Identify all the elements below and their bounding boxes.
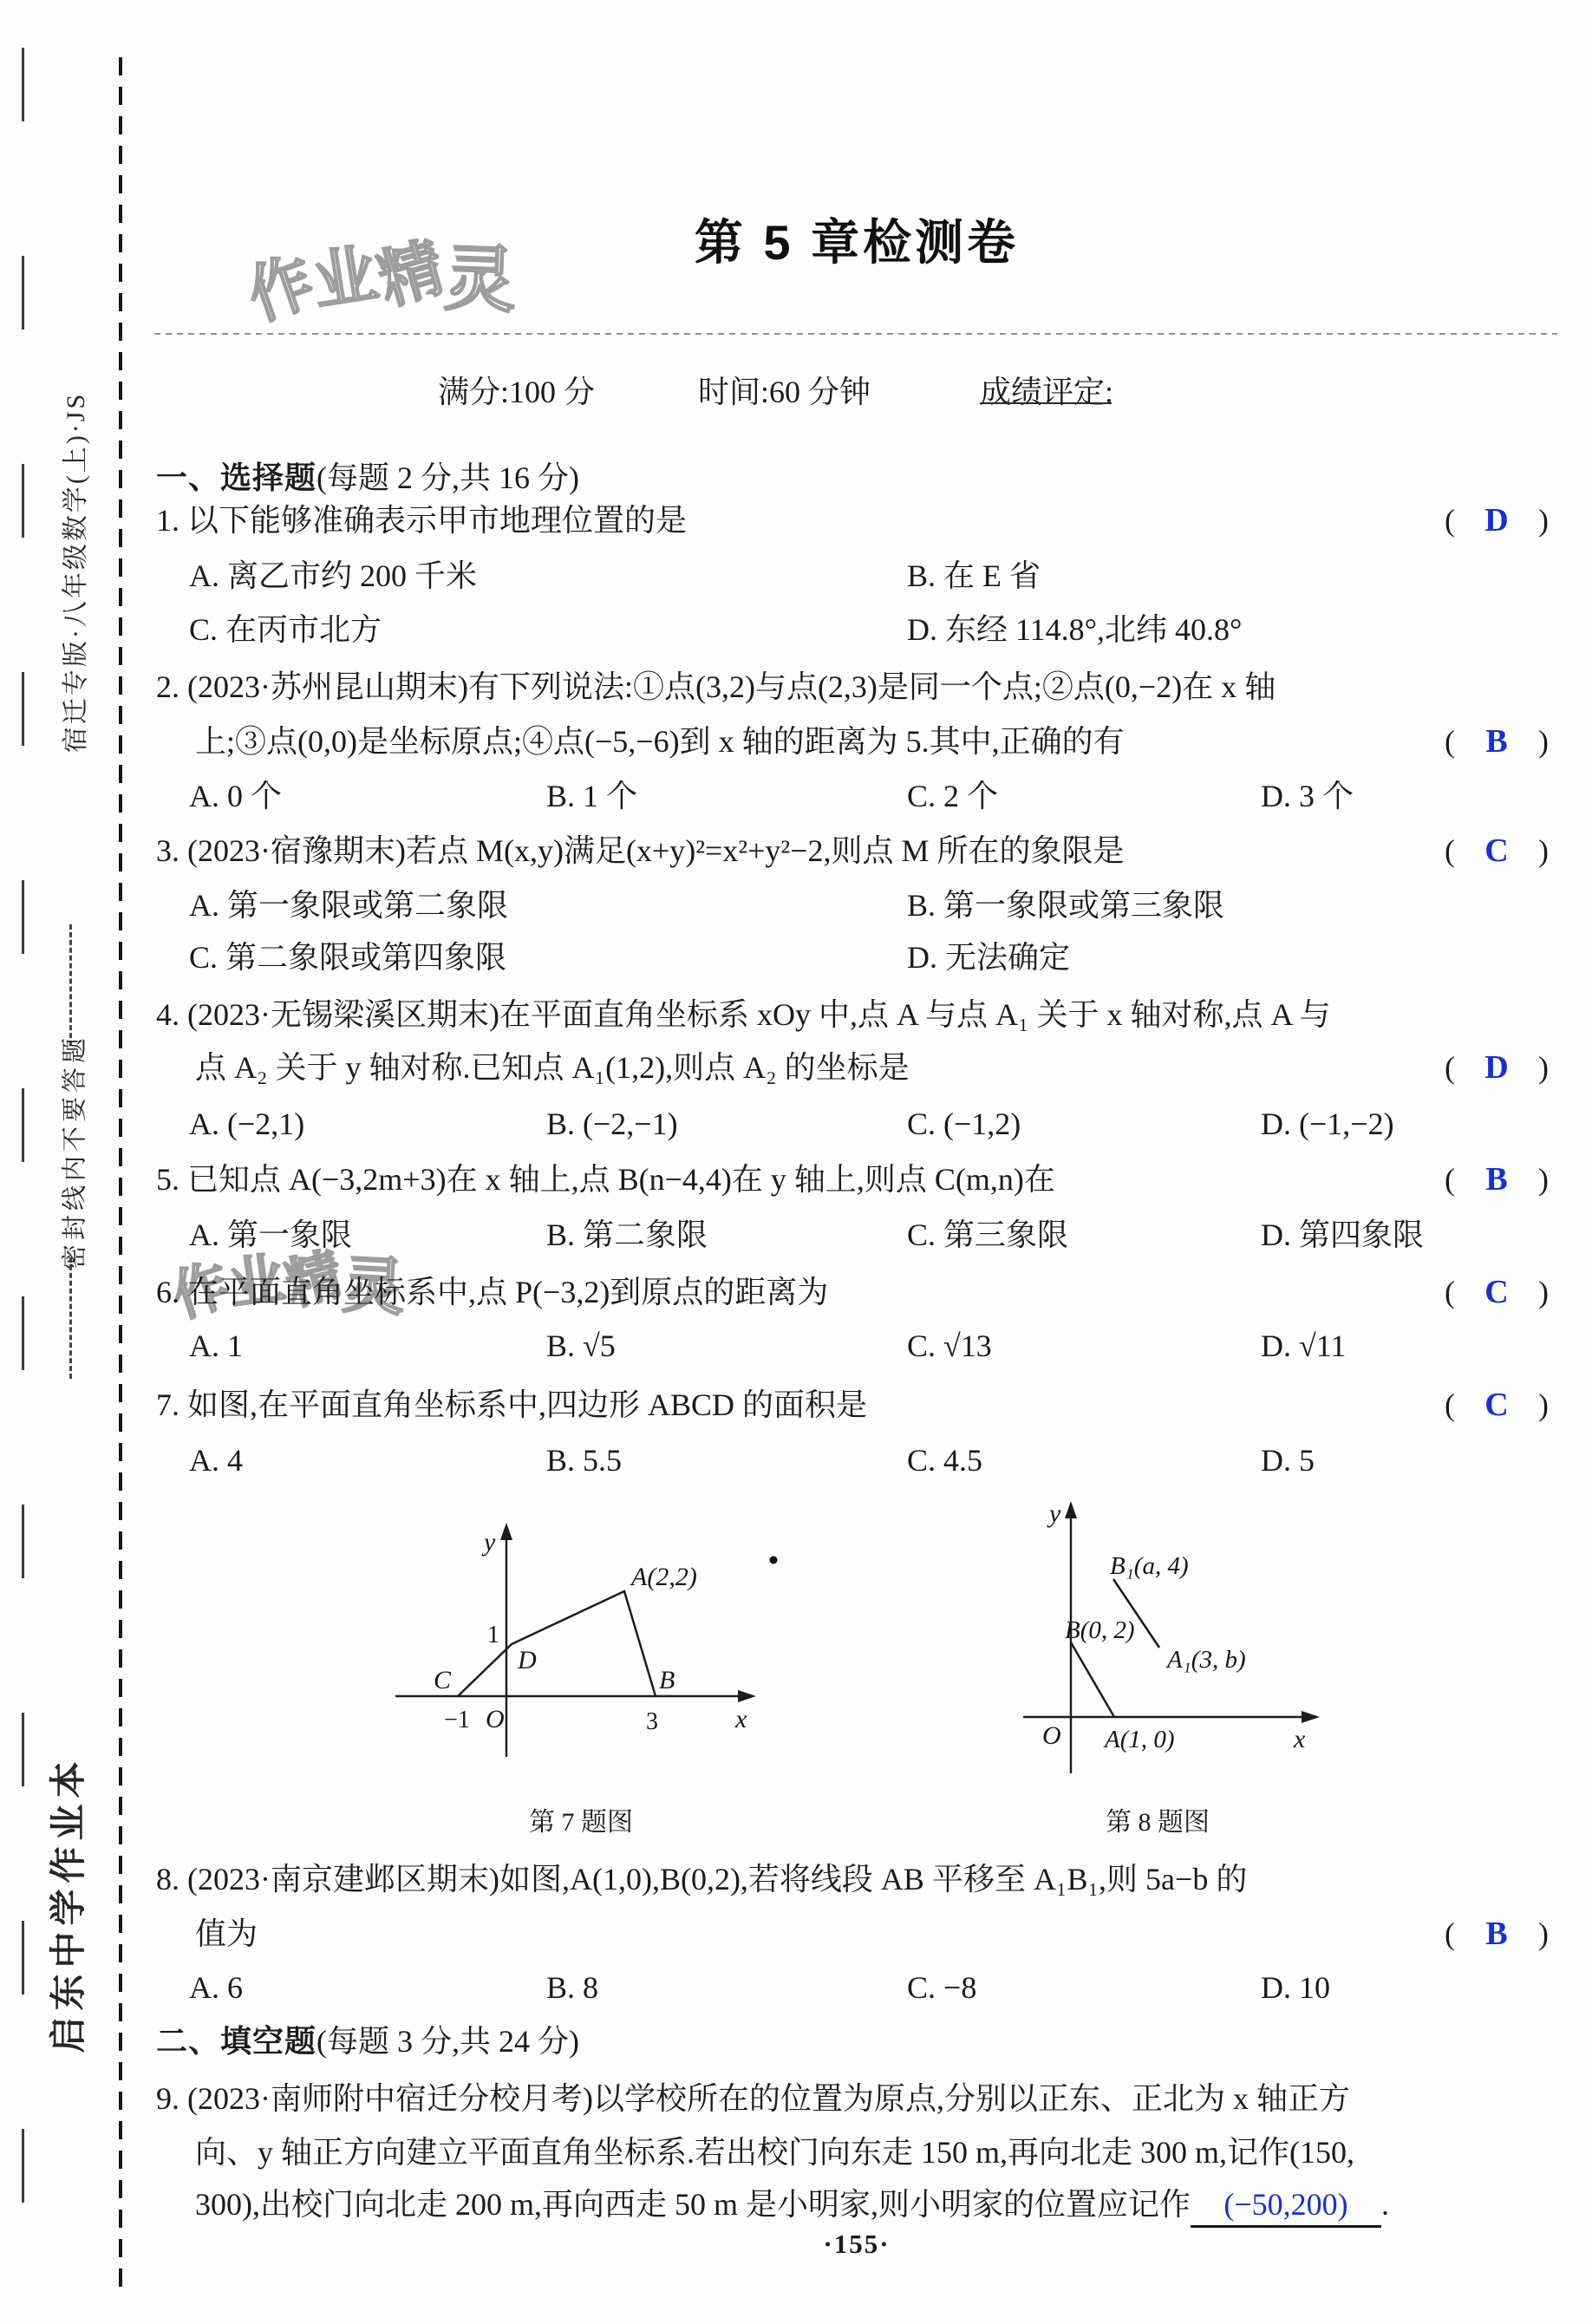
option-c: C. 在丙市北方 xyxy=(189,609,382,650)
option-a: A. 1 xyxy=(189,1325,243,1367)
option-a: A. 第一象限 xyxy=(189,1214,352,1256)
option-d: D. 东经 114.8°,北纬 40.8° xyxy=(907,609,1242,650)
option-d: D. (−1,−2) xyxy=(1261,1103,1394,1145)
paren-right: ) xyxy=(1538,1047,1549,1088)
paren-right: ) xyxy=(1538,1384,1549,1426)
question-4-line1: 4. (2023·无锡梁溪区期末)在平面直角坐标系 xOy 中,点 A 与点 A… xyxy=(156,994,1331,1035)
paren-left: ( xyxy=(1445,721,1455,762)
option-d: D. 3 个 xyxy=(1261,775,1354,817)
option-a: A. 4 xyxy=(189,1439,243,1481)
sentence-period: . xyxy=(1381,2187,1389,2222)
question-5-answer: (B) xyxy=(1445,1159,1549,1200)
seal-dash-bottom xyxy=(69,1257,72,1379)
point-a-label: A(1, 0) xyxy=(1103,1726,1175,1753)
option-a: A. 0 个 xyxy=(189,775,282,817)
question-9-line1: 9. (2023·南师附中宿迁分校月考)以学校所在的位置为原点,分别以正东、正北… xyxy=(156,2078,1350,2119)
seal-dash-top xyxy=(69,924,72,1046)
question-1-stem: 1. 以下能够准确表示甲市地理位置的是 xyxy=(156,499,687,541)
point-a-label: A(2,2) xyxy=(630,1563,697,1591)
question-6-answer: (C) xyxy=(1445,1271,1549,1313)
paren-right: ) xyxy=(1538,1271,1549,1313)
option-b: B. 第一象限或第三象限 xyxy=(907,885,1224,926)
paren-left: ( xyxy=(1445,830,1455,871)
y-axis-label: y xyxy=(1047,1499,1061,1528)
option-c: C. 4.5 xyxy=(907,1439,982,1481)
question-7-answer: (C) xyxy=(1445,1384,1549,1426)
option-c: C. √13 xyxy=(907,1325,992,1367)
question-4-answer: (D) xyxy=(1445,1047,1549,1088)
answer-letter: B xyxy=(1485,1159,1507,1200)
option-b: B. 第二象限 xyxy=(546,1214,708,1256)
paren-left: ( xyxy=(1445,1159,1455,1200)
question-3-line1: 3. (2023·宿豫期末)若点 M(x,y)满足(x+y)²=x²+y²−2,… xyxy=(156,830,1125,871)
y-axis-label: y xyxy=(481,1528,496,1557)
question-8-line1: 8. (2023·南京建邺区期末)如图,A(1,0),B(0,2),若将线段 A… xyxy=(156,1858,1247,1900)
paren-right: ) xyxy=(1538,1913,1549,1955)
question-2-line2: 上;③点(0,0)是坐标原点;④点(−5,−6)到 x 轴的距离为 5.其中,正… xyxy=(195,721,1125,762)
sidebar-edition-label: 宿迁专版·八年级数学(上)·JS xyxy=(54,392,92,753)
figure-question-8: y x O B₁(a, 4) B(0, 2) A₁(3, b) A(1, 0) xyxy=(980,1487,1335,1786)
option-d: D. 第四象限 xyxy=(1261,1214,1424,1256)
section1-title: 一、选择题 xyxy=(156,460,316,495)
question-9-line3: 300),出校门向北走 200 m,再向西走 50 m 是小明家,则小明家的位置… xyxy=(195,2184,1389,2228)
x-axis-label: x xyxy=(734,1705,747,1733)
option-c: C. (−1,2) xyxy=(907,1103,1021,1145)
full-score-label: 满分:100 分 xyxy=(438,371,595,413)
section2-note: (每题 3 分,共 24 分) xyxy=(316,2024,579,2059)
point-b-label: B(0, 2) xyxy=(1065,1616,1135,1644)
question-5-line1: 5. 已知点 A(−3,2m+3)在 x 轴上,点 B(n−4,4)在 y 轴上… xyxy=(156,1159,1055,1200)
option-d: D. 5 xyxy=(1261,1439,1315,1481)
y-axis-arrow xyxy=(500,1523,512,1540)
question-2-answer: (B) xyxy=(1445,721,1549,762)
sidebar-workbook-title: 启东中学作业本 xyxy=(40,1755,92,2053)
option-c: C. −8 xyxy=(907,1967,976,2008)
x-axis-label: x xyxy=(1293,1725,1306,1753)
sidebar-seal-line-text: 密封线内不要答题 xyxy=(55,1034,91,1270)
tick-3: 3 xyxy=(646,1708,658,1735)
option-b: B. (−2,−1) xyxy=(546,1103,678,1145)
question-9-line2: 向、y 轴正方向建立平面直角坐标系.若出校门向东走 150 m,再向北走 300… xyxy=(195,2131,1354,2173)
point-b-label: B xyxy=(659,1666,675,1694)
option-b: B. 1 个 xyxy=(546,775,637,817)
option-a: A. 第一象限或第二象限 xyxy=(189,885,508,926)
question-8-line2: 值为 xyxy=(195,1913,258,1955)
question-1-answer: (D) xyxy=(1445,499,1549,541)
figure-7-caption: 第 7 题图 xyxy=(373,1800,789,1838)
point-a1-label: A₁(3, b) xyxy=(1165,1646,1246,1674)
option-b: B. 8 xyxy=(546,1967,598,2008)
origin-label: O xyxy=(486,1705,505,1733)
section1-note: (每题 2 分,共 16 分) xyxy=(316,460,579,495)
grade-blank-line xyxy=(980,371,1112,404)
option-a: A. 离乙市约 200 千米 xyxy=(189,555,477,597)
paren-right: ) xyxy=(1538,721,1549,762)
option-d: D. 无法确定 xyxy=(907,937,1070,978)
answer-letter: B xyxy=(1485,721,1507,762)
point-d-label: D xyxy=(517,1646,537,1674)
question-2-line1: 2. (2023·苏州昆山期末)有下列说法:①点(3,2)与点(2,3)是同一个… xyxy=(156,666,1276,708)
paren-left: ( xyxy=(1445,1384,1455,1426)
fill-in-blank: (−50,200) xyxy=(1191,2184,1381,2228)
answer-letter: C xyxy=(1484,830,1508,871)
answer-letter: D xyxy=(1484,1047,1508,1088)
x-axis-arrow xyxy=(738,1690,756,1702)
fill-in-answer: (−50,200) xyxy=(1223,2187,1347,2222)
time-limit-label: 时间:60 分钟 xyxy=(698,371,871,413)
point-b1-label: B₁(a, 4) xyxy=(1110,1552,1189,1580)
question-3-answer: (C) xyxy=(1445,830,1549,871)
paren-right: ) xyxy=(1538,830,1549,871)
option-c: C. 第二象限或第四象限 xyxy=(189,937,506,978)
ink-speck xyxy=(770,1557,778,1564)
option-a: A. (−2,1) xyxy=(189,1103,304,1145)
section1-heading: 一、选择题(每题 2 分,共 16 分) xyxy=(156,457,579,499)
option-b: B. √5 xyxy=(546,1325,616,1367)
margin-crop-line xyxy=(22,48,24,2324)
answer-letter: C xyxy=(1484,1384,1508,1426)
paren-left: ( xyxy=(1445,1047,1455,1088)
figure-question-7: y x O 1 −1 3 A(2,2) B C D xyxy=(373,1474,789,1786)
y-axis-arrow xyxy=(1065,1501,1077,1518)
title-divider xyxy=(154,333,1557,335)
question-4-line2: 点 A₂ 关于 y 轴对称.已知点 A₁(1,2),则点 A₂ 的坐标是 xyxy=(195,1047,910,1088)
question-7-line1: 7. 如图,在平面直角坐标系中,四边形 ABCD 的面积是 xyxy=(156,1384,867,1426)
option-a: A. 6 xyxy=(189,1967,243,2008)
option-d: D. 10 xyxy=(1261,1967,1330,2008)
answer-letter: C xyxy=(1484,1271,1508,1313)
segment-ab xyxy=(1071,1642,1114,1717)
seal-boundary-dashed-line xyxy=(119,57,122,2289)
x-axis-arrow xyxy=(1302,1711,1320,1723)
paren-left: ( xyxy=(1445,1913,1455,1955)
question-8-answer: (B) xyxy=(1445,1913,1549,1955)
option-c: C. 2 个 xyxy=(907,775,998,817)
tick-1: 1 xyxy=(487,1622,499,1648)
test-paper-page: 宿迁专版·八年级数学(上)·JS 密封线内不要答题 启东中学作业本 作业精灵 作… xyxy=(0,0,1592,2324)
question-6-line1: 6. 在平面直角坐标系中,点 P(−3,2)到原点的距离为 xyxy=(156,1271,828,1313)
paren-right: ) xyxy=(1538,1159,1549,1200)
paren-right: ) xyxy=(1538,499,1549,541)
page-title: 第 5 章检测卷 xyxy=(156,205,1557,274)
option-c: C. 第三象限 xyxy=(907,1214,1068,1256)
section2-heading: 二、填空题(每题 3 分,共 24 分) xyxy=(156,2020,579,2062)
paren-left: ( xyxy=(1445,1271,1455,1313)
question-9-line3-text: 300),出校门向北走 200 m,再向西走 50 m 是小明家,则小明家的位置… xyxy=(195,2187,1191,2222)
section2-title: 二、填空题 xyxy=(156,2023,316,2059)
answer-letter: D xyxy=(1484,499,1508,541)
origin-label: O xyxy=(1042,1721,1061,1750)
answer-letter: B xyxy=(1485,1913,1507,1955)
option-b: B. 在 E 省 xyxy=(907,555,1041,597)
paren-left: ( xyxy=(1445,499,1455,541)
tick-minus1: −1 xyxy=(444,1707,470,1733)
page-number: ·155· xyxy=(156,2229,1557,2260)
point-c-label: C xyxy=(434,1666,452,1694)
figure-8-caption: 第 8 题图 xyxy=(980,1800,1335,1838)
option-d: D. √11 xyxy=(1261,1325,1346,1367)
